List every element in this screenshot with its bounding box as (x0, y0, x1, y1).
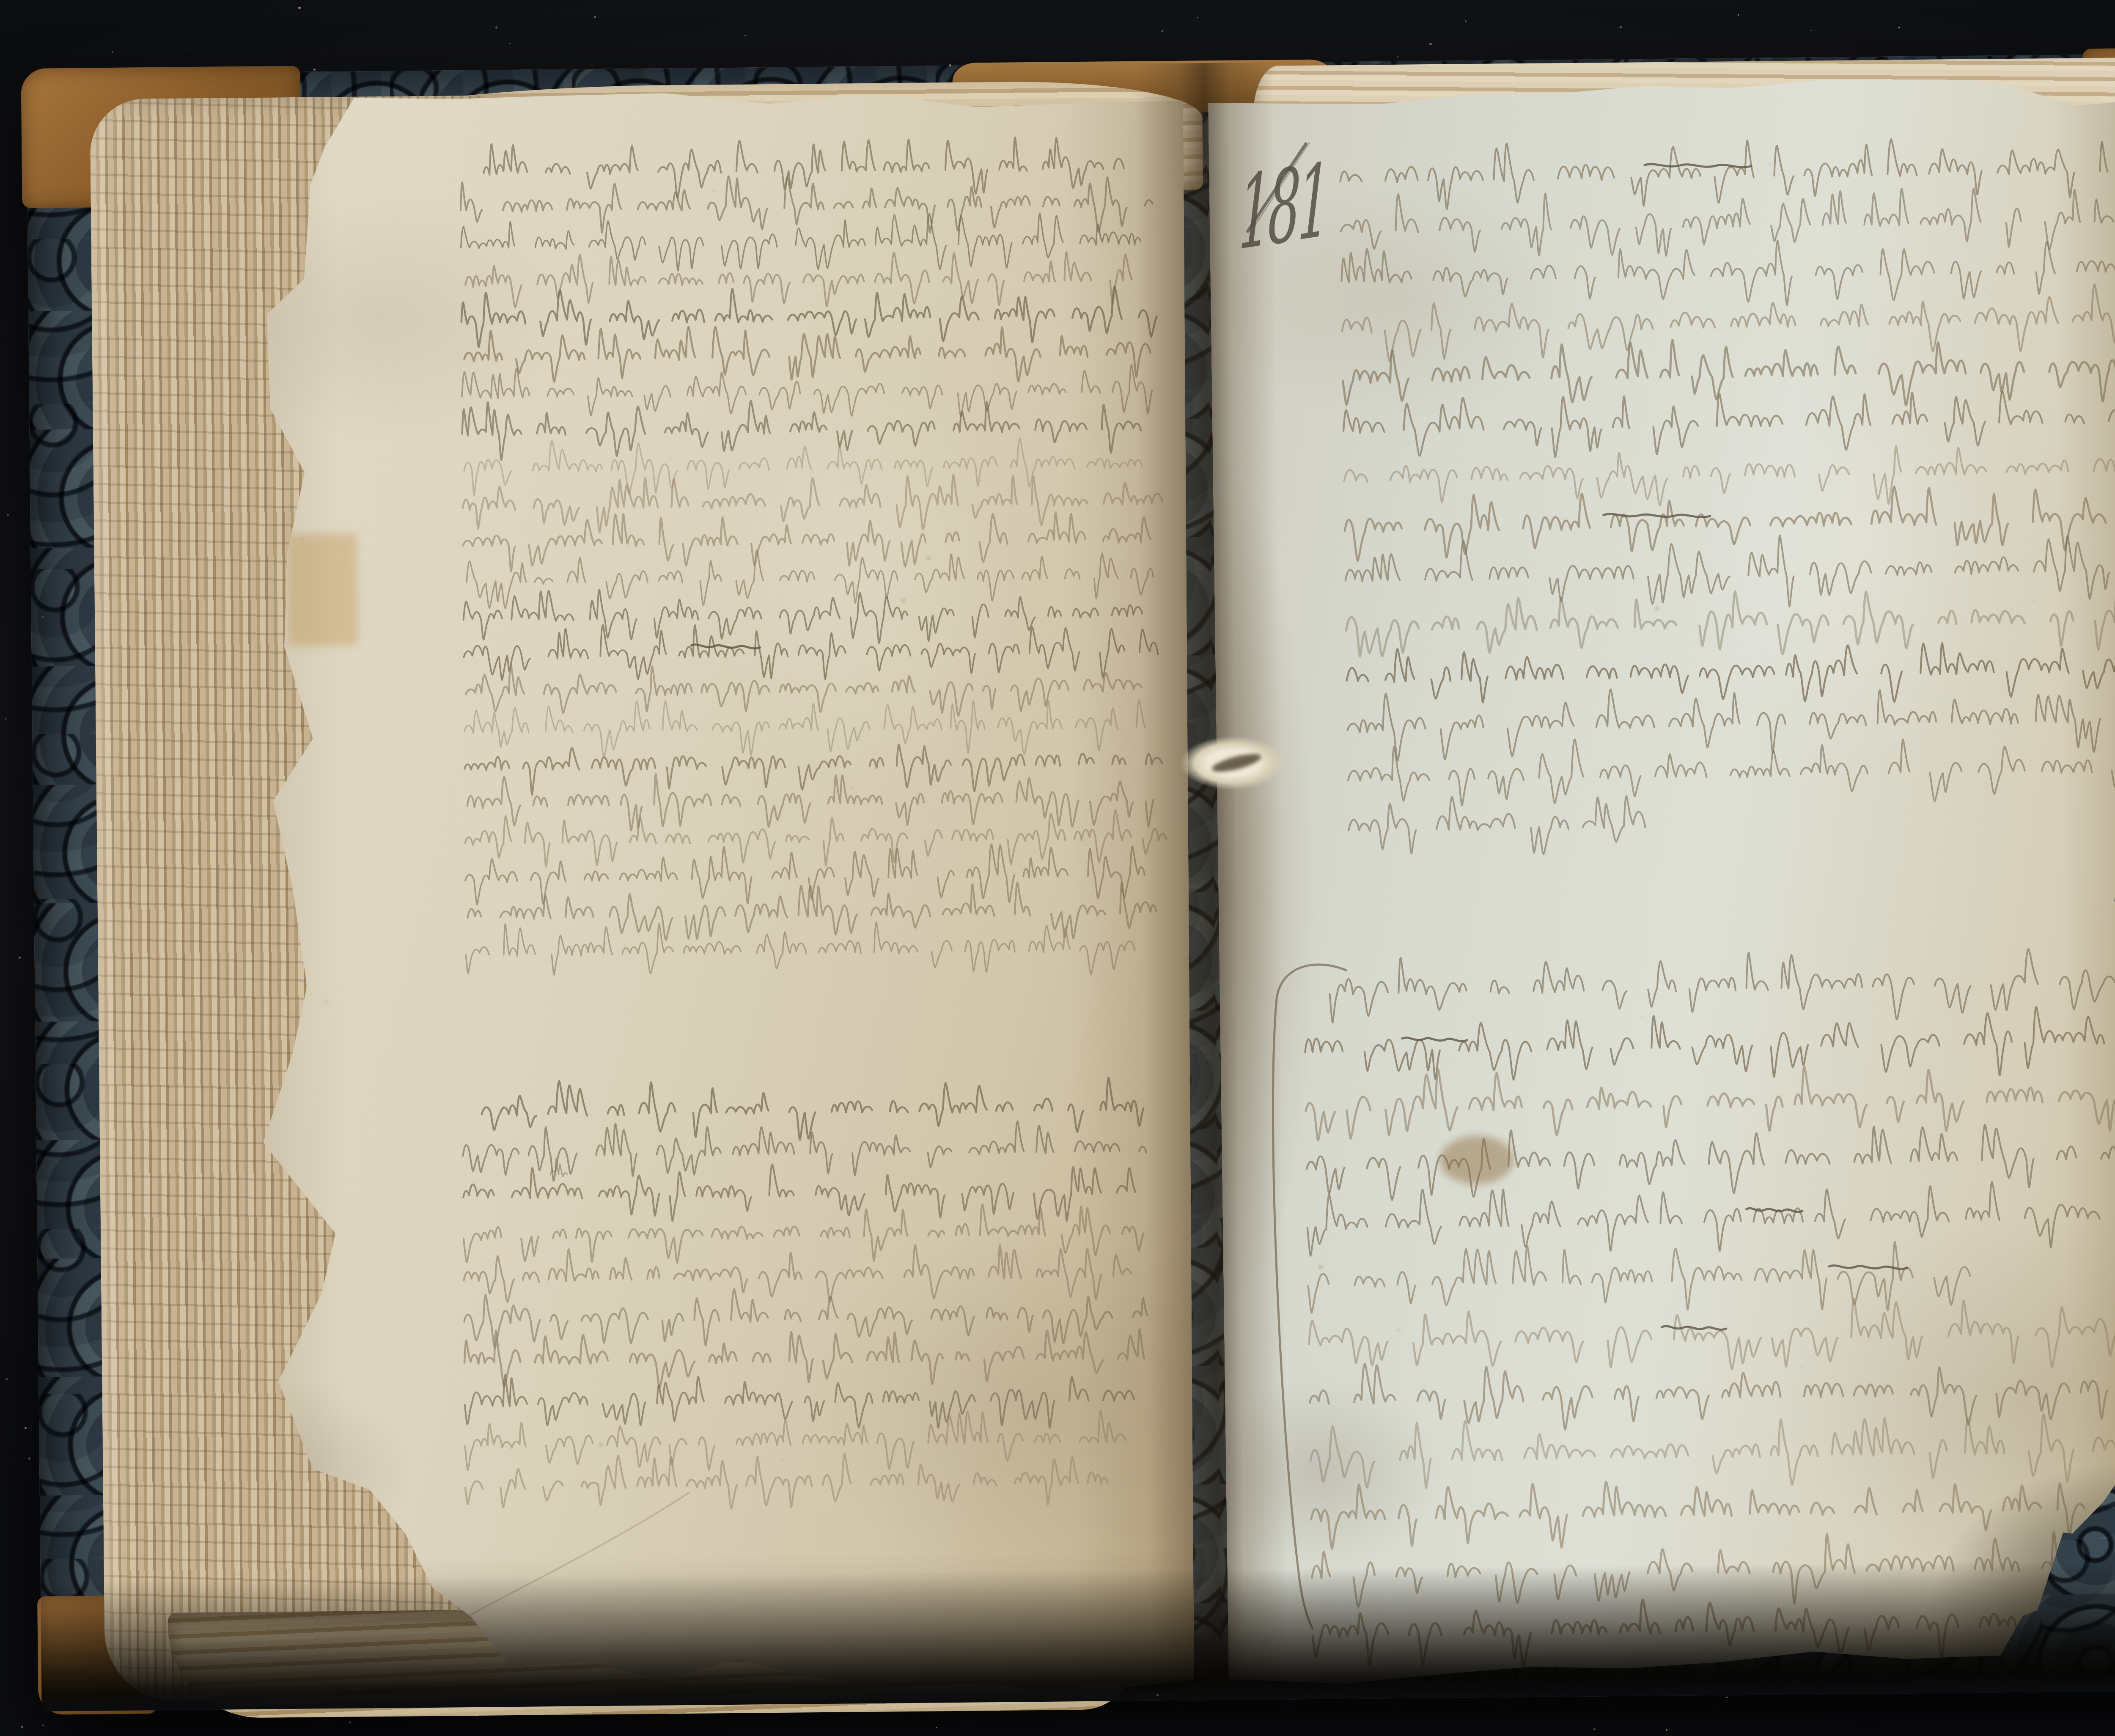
dust-speck (1666, 1729, 1667, 1731)
dust-speck (19, 957, 21, 959)
photo-backdrop: 181 (0, 0, 2115, 1736)
dust-speck (28, 1457, 30, 1459)
dust-speck (495, 26, 497, 28)
dust-speck (1810, 30, 1812, 31)
page-number: 181 (1237, 142, 1328, 273)
dust-speck (1898, 27, 1900, 28)
right-page-handwriting-svg (1208, 61, 2115, 1702)
dust-speck (6, 1378, 8, 1380)
dust-speck (21, 1726, 23, 1728)
dust-speck (1429, 43, 1432, 45)
dust-speck (1197, 17, 1198, 18)
dust-speck (1162, 30, 1164, 32)
dust-speck (1465, 20, 1467, 22)
left-page-handwriting-svg (176, 88, 1194, 1703)
dust-speck (744, 35, 746, 36)
dust-speck (112, 51, 113, 53)
dust-speck (509, 43, 510, 44)
dust-speck (936, 1727, 937, 1728)
right-page: 181 (1208, 61, 2115, 1702)
dust-speck (313, 69, 316, 71)
dust-speck (1397, 56, 1398, 58)
dust-speck (187, 48, 188, 49)
dust-speck (1738, 14, 1739, 15)
dust-speck (594, 16, 596, 18)
dust-speck (349, 1722, 351, 1723)
manuscript-book: 181 (26, 52, 2115, 1711)
dust-speck (1620, 26, 1622, 29)
dust-speck (1726, 1697, 1728, 1698)
dust-speck (5, 718, 6, 719)
dust-speck (7, 514, 9, 516)
left-page (176, 88, 1194, 1703)
dust-speck (42, 1725, 44, 1726)
dust-speck (1593, 1728, 1596, 1731)
dust-speck (25, 1427, 26, 1429)
dust-speck (298, 7, 300, 9)
